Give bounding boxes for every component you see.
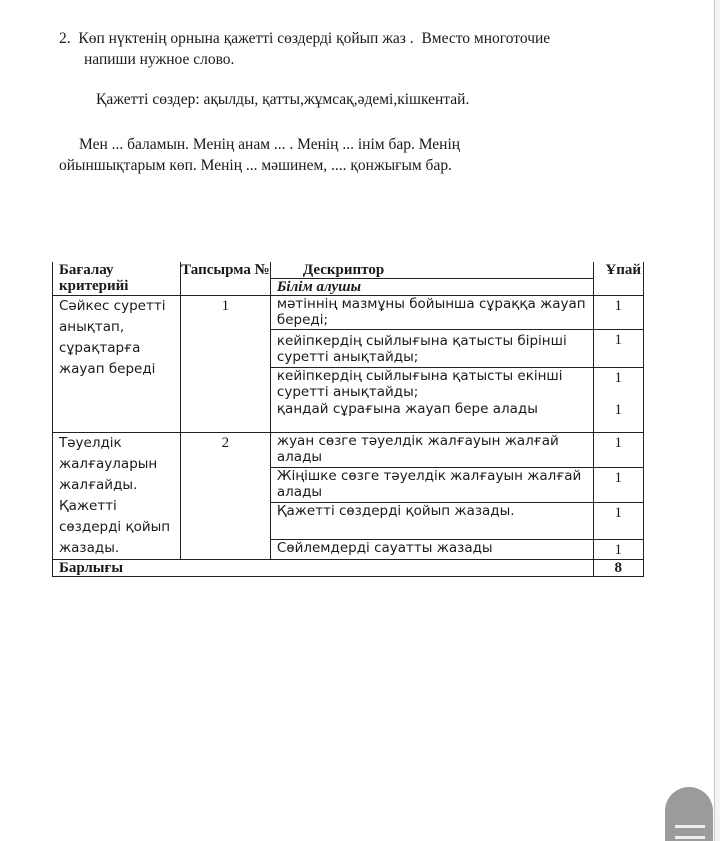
task-number-cell: 2 xyxy=(180,433,270,560)
table-header-row: Бағалау критерийі Тапсырма № Дескриптор … xyxy=(53,262,644,279)
points-cell: 1 xyxy=(593,468,643,503)
task-instruction: 2. Көп нүктенің орнына қажетті сөздерді … xyxy=(59,28,619,70)
task-title-kz: Көп нүктенің орнына қажетті сөздерді қой… xyxy=(78,30,413,47)
descriptor-cell: жуан сөзге тәуелдік жалғауын жалғай алад… xyxy=(270,433,593,468)
menu-line-icon xyxy=(675,825,705,828)
descriptor-cell: Жіңішке сөзге тәуелдік жалғауын жалғай а… xyxy=(270,468,593,503)
viewer-background xyxy=(715,0,720,841)
total-points: 8 xyxy=(593,560,643,577)
descriptor-cell: мәтіннің мазмұны бойынша сұраққа жауап б… xyxy=(270,296,593,330)
table-row: Сәйкес суретті анықтап, сұрақтарға жауап… xyxy=(53,296,644,330)
paragraph-line-2: ойыншықтарым көп. Менің ... мәшинем, ...… xyxy=(59,157,452,174)
points-cell: 1 1 xyxy=(593,368,643,433)
points-cell: 1 xyxy=(593,296,643,330)
header-descriptor: Дескриптор xyxy=(270,262,593,279)
descriptor-cell: кейіпкердің сыйлығына қатысты екінші сур… xyxy=(270,368,593,433)
task-title-ru-cont: напиши нужное слово. xyxy=(59,49,619,70)
needed-words: Қажетті сөздер: ақылды, қатты,жұмсақ,әде… xyxy=(96,91,469,109)
header-points: Ұпай xyxy=(593,262,643,296)
points-cell: 1 xyxy=(593,330,643,368)
points-cell: 1 xyxy=(593,503,643,539)
task-number: 2. xyxy=(59,30,71,47)
points-cell: 1 xyxy=(593,539,643,559)
paragraph-line-1: Мен ... баламын. Менің анам ... . Менің … xyxy=(59,134,529,155)
criteria-cell: Тәуелдік жалғауларын жалғайды. Қажетті с… xyxy=(53,433,181,560)
task-title-ru: Вместо многоточие xyxy=(421,30,550,47)
points-cell: 1 xyxy=(593,433,643,468)
points-value-2: 1 xyxy=(594,402,643,418)
descriptor-cell: кейіпкердің сыйлығына қатысты бірінші су… xyxy=(270,330,593,368)
menu-line-icon xyxy=(675,836,705,839)
descriptor-text-2: қандай сұрағына жауап бере алады xyxy=(277,401,593,417)
total-label: Барлығы xyxy=(53,560,594,577)
assessment-rubric-table: Бағалау критерийі Тапсырма № Дескриптор … xyxy=(52,262,644,577)
scroll-menu-button[interactable] xyxy=(665,787,713,841)
header-task-no: Тапсырма № xyxy=(180,262,270,296)
exercise-paragraph: Мен ... баламын. Менің анам ... . Менің … xyxy=(59,134,529,176)
points-value: 1 xyxy=(594,370,643,386)
descriptor-text: кейіпкердің сыйлығына қатысты екінші сур… xyxy=(277,368,593,400)
total-row: Барлығы 8 xyxy=(53,560,644,577)
task-number-cell: 1 xyxy=(180,296,270,433)
descriptor-cell: Қажетті сөздерді қойып жазады. xyxy=(270,503,593,539)
criteria-cell: Сәйкес суретті анықтап, сұрақтарға жауап… xyxy=(53,296,181,433)
header-criteria: Бағалау критерийі xyxy=(53,262,181,296)
header-descriptor-sub: Білім алушы xyxy=(270,279,593,296)
descriptor-cell: Сөйлемдерді сауатты жазады xyxy=(270,539,593,559)
table-row: Тәуелдік жалғауларын жалғайды. Қажетті с… xyxy=(53,433,644,468)
